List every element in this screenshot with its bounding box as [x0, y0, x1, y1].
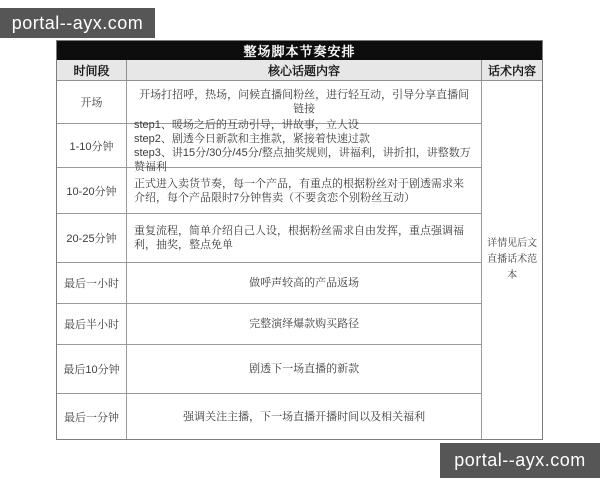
content-cell: 完整演绎爆款购买路径	[127, 304, 482, 344]
table-row-1-10min: 1-10分钟 step1、暖场之后的互动引导，讲故事，立人设 step2、剧透今…	[57, 124, 482, 168]
content-cell: 正式进入卖货节奏，每一个产品，有重点的根据粉丝对于剧透需求来介绍，每个产品限时7…	[127, 168, 482, 213]
table-row-20-25min: 20-25分钟 重复流程，简单介绍自己人设，根据粉丝需求自由发挥，重点强调福利，…	[57, 214, 482, 263]
script-schedule-table: 整场脚本节奏安排 时间段 核心话题内容 话术内容 开场 开场打招呼，热场，问候直…	[56, 40, 543, 440]
time-cell: 开场	[57, 81, 127, 123]
content-cell: 剧透下一场直播的新款	[127, 345, 482, 393]
watermark-top: portal--ayx.com	[0, 8, 155, 38]
content-cell: step1、暖场之后的互动引导，讲故事，立人设 step2、剧透今日新款和主推款…	[127, 124, 482, 167]
time-cell: 最后一小时	[57, 263, 127, 303]
table-row-last-hour: 最后一小时 做呼声较高的产品返场	[57, 263, 482, 304]
column-header-script: 话术内容	[482, 60, 542, 80]
table-body: 开场 开场打招呼，热场，问候直播间粉丝，进行轻互动，引导分享直播间链接 1-10…	[57, 81, 542, 439]
time-cell: 1-10分钟	[57, 124, 127, 167]
script-note-merged-cell: 详情见后文直播话术范本	[482, 81, 542, 439]
column-header-time: 时间段	[57, 60, 127, 80]
table-title: 整场脚本节奏安排	[57, 41, 542, 60]
time-cell: 10-20分钟	[57, 168, 127, 213]
table-rows: 开场 开场打招呼，热场，问候直播间粉丝，进行轻互动，引导分享直播间链接 1-10…	[57, 81, 482, 439]
table-row-last-10min: 最后10分钟 剧透下一场直播的新款	[57, 345, 482, 394]
table-row-last-minute: 最后一分钟 强调关注主播，下一场直播开播时间以及相关福利	[57, 394, 482, 439]
time-cell: 20-25分钟	[57, 214, 127, 262]
content-cell: 做呼声较高的产品返场	[127, 263, 482, 303]
content-cell: 强调关注主播，下一场直播开播时间以及相关福利	[127, 394, 482, 439]
time-cell: 最后10分钟	[57, 345, 127, 393]
time-cell: 最后半小时	[57, 304, 127, 344]
table-header-row: 时间段 核心话题内容 话术内容	[57, 60, 542, 81]
table-row-10-20min: 10-20分钟 正式进入卖货节奏，每一个产品，有重点的根据粉丝对于剧透需求来介绍…	[57, 168, 482, 214]
watermark-bottom: portal--ayx.com	[440, 443, 600, 478]
time-cell: 最后一分钟	[57, 394, 127, 439]
column-header-core-topic: 核心话题内容	[127, 60, 482, 80]
content-cell: 重复流程，简单介绍自己人设，根据粉丝需求自由发挥，重点强调福利，抽奖，整点免单	[127, 214, 482, 262]
table-row-last-half-hour: 最后半小时 完整演绎爆款购买路径	[57, 304, 482, 345]
